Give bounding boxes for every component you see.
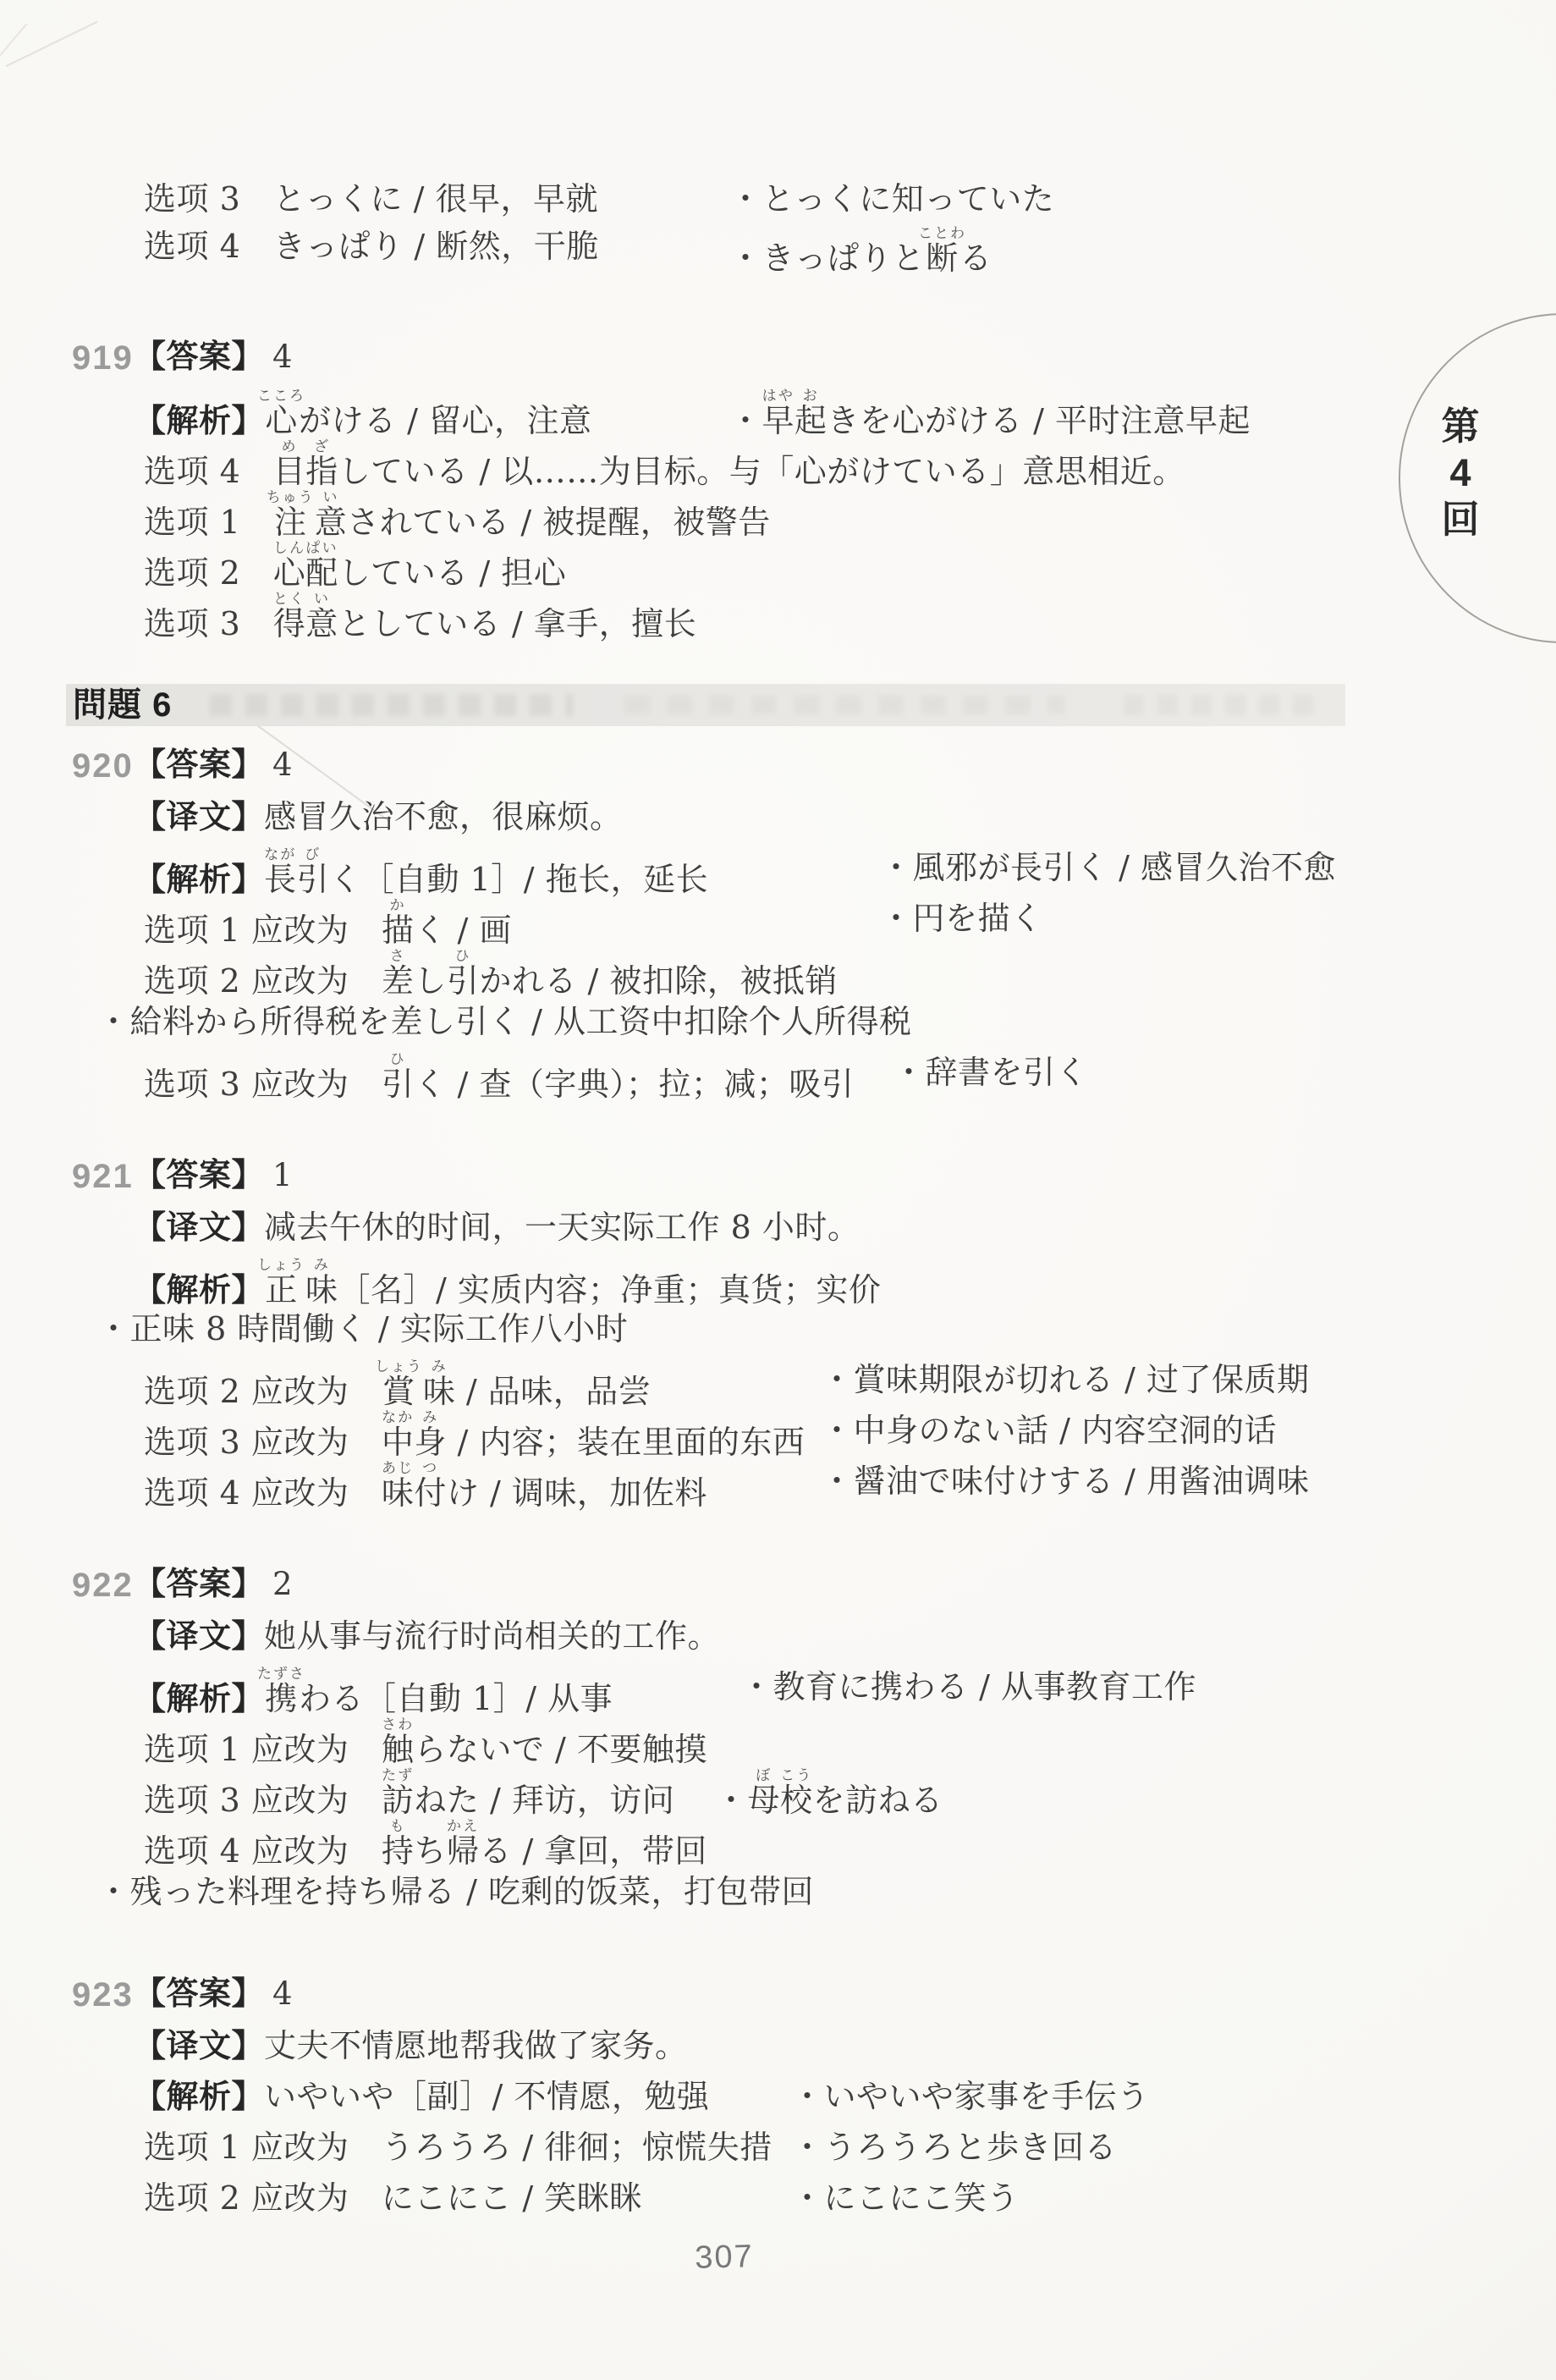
line-text: 选项 4 应改为 味あじ付つけ / 调味，加佐料 <box>144 1460 707 1502</box>
example-phrase: ・うろうろと歩き回る <box>791 2126 1117 2168</box>
line-text: 选项 2 应改为 にこにこ / 笑眯眯 <box>144 2177 642 2219</box>
answer-value: 4 <box>272 1975 293 2012</box>
line-text: ・正味 8 時間働く / 实际工作八小时 <box>97 1308 628 1350</box>
answer-label: 【答案】 <box>134 1974 264 2012</box>
text-line: 【译文】减去午休的时间，一天实际工作 8 小时。 <box>0 1206 1556 1248</box>
line-text: 【译文】减去午休的时间，一天实际工作 8 小时。 <box>134 1206 860 1248</box>
line-text: 选项 3 应改为 引ひく / 查（字典）；拉；减；吸引 <box>144 1051 854 1094</box>
line-text: 【译文】感冒久治不愈，很麻烦。 <box>134 796 623 838</box>
example-phrase: ・早はや起おきを心がける / 平时注意早起 <box>729 388 1251 430</box>
question-number: 922 <box>72 1564 134 1606</box>
volume-tab-char: 4 <box>1449 453 1471 493</box>
text-line: 【译文】她从事与流行时尚相关的工作。 <box>0 1615 1556 1657</box>
text-line: 【解析】心こころがける / 留心，注意・早はや起おきを心がける / 平时注意早起 <box>0 388 1556 430</box>
line-text: 选项 1 应改为 うろうろ / 徘徊；惊慌失措 <box>144 2126 773 2168</box>
text-line: 选项 2 应改为 差さし引ひかれる / 被扣除，被抵销 <box>0 948 1556 990</box>
section-header: 問題 6 <box>73 684 172 726</box>
line-label: 【解析】 <box>134 1679 264 1717</box>
line-text: ・残った料理を持ち帰る / 吃剩的饭菜，打包带回 <box>97 1870 814 1913</box>
text-line: 选项 3 应改为 引ひく / 查（字典）；拉；减；吸引・辞書を引く <box>0 1051 1556 1094</box>
line-text: 选项 3 应改为 中なか身み / 内容；装在里面的东西 <box>144 1409 805 1452</box>
example-phrase: ・辞書を引く <box>893 1051 1088 1094</box>
line-text: 选项 3 とっくに / 很早，早就 <box>144 178 598 220</box>
line-text: 选项 4 应改为 持もち帰かえる / 拿回，带回 <box>144 1818 707 1860</box>
answer-row: 920【答案】4 <box>0 743 1556 785</box>
text-line: 选项 4 きっぱり / 断然，干脆・きっぱりと断ことわる <box>0 225 1556 267</box>
line-text: 选项 2 应改为 差さし引ひかれる / 被扣除，被抵销 <box>144 948 838 990</box>
answer-label: 【答案】 <box>134 745 264 783</box>
line-label: 【解析】 <box>134 2077 264 2115</box>
line-text: 【译文】丈夫不情愿地帮我做了家务。 <box>134 2025 688 2067</box>
line-text: 选项 1 注ちゅう意いされている / 被提醒，被警告 <box>144 489 771 532</box>
answer-row: 923【答案】4 <box>0 1972 1556 2014</box>
line-text: 【解析】心こころがける / 留心，注意 <box>134 388 591 430</box>
example-phrase: ・いやいや家事を手伝う <box>791 2075 1150 2118</box>
text-line: 选项 3 とっくに / 很早，早就・とっくに知っていた <box>0 178 1556 220</box>
answer-row: 921【答案】1 <box>0 1154 1556 1196</box>
text-line: 选项 2 应改为 にこにこ / 笑眯眯・にこにこ笑う <box>0 2177 1556 2219</box>
line-label: 【译文】 <box>134 797 264 835</box>
line-label: 【解析】 <box>134 401 264 439</box>
text-line: 选项 1 应改为 触さわらないで / 不要触摸 <box>0 1716 1556 1759</box>
line-text: 【译文】她从事与流行时尚相关的工作。 <box>134 1615 720 1657</box>
line-text: 选项 3 应改为 訪たずねた / 拜访，访问 <box>144 1767 674 1810</box>
line-text: 【解析】いやいや［副］/ 不情愿，勉强 <box>134 2075 709 2118</box>
example-phrase: ・教育に携わる / 从事教育工作 <box>740 1666 1196 1708</box>
example-phrase: ・とっくに知っていた <box>729 178 1054 220</box>
volume-tab: 第 4 回 <box>1436 406 1485 540</box>
line-text: 选项 1 应改为 触さわらないで / 不要触摸 <box>144 1716 707 1759</box>
answer-row: 919【答案】4 <box>0 335 1556 377</box>
line-text: ・給料から所得税を差し引く / 从工资中扣除个人所得税 <box>97 1000 911 1043</box>
bleed-through-artifact <box>624 696 1064 714</box>
line-text: 选项 4 目め指ざしている / 以……为目标。与「心がけている」意思相近。 <box>144 438 1185 481</box>
answer-label: 【答案】 <box>134 1155 264 1193</box>
text-line: 【译文】丈夫不情愿地帮我做了家务。 <box>0 2025 1556 2067</box>
text-line: 选项 1 应改为 描かく / 画・円を描く <box>0 897 1556 939</box>
answer-value: 1 <box>272 1157 293 1193</box>
section-header-bar: 問題 6 <box>66 684 1345 726</box>
text-line: 选项 1 注ちゅう意いされている / 被提醒，被警告 <box>0 489 1556 532</box>
question-number: 919 <box>72 337 134 379</box>
text-line: 选项 4 应改为 味あじ付つけ / 调味，加佐料・醤油で味付けする / 用酱油调… <box>0 1460 1556 1502</box>
text-line: ・正味 8 時間働く / 实际工作八小时 <box>0 1308 1556 1350</box>
answer-label: 【答案】 <box>134 1564 264 1602</box>
line-text: 选项 3 得とく意いとしている / 拿手，擅长 <box>144 591 696 633</box>
volume-tab-char: 回 <box>1441 499 1479 540</box>
text-line: 【解析】携たずさわる［自動 1］/ 从事・教育に携わる / 从事教育工作 <box>0 1666 1556 1708</box>
bleed-through-artifact <box>1124 695 1327 715</box>
text-line: 选项 4 目め指ざしている / 以……为目标。与「心がけている」意思相近。 <box>0 438 1556 481</box>
text-line: 选项 2 心配しんぱいしている / 担心 <box>0 540 1556 582</box>
example-phrase: ・にこにこ笑う <box>791 2177 1020 2219</box>
text-line: 选项 3 应改为 中なか身み / 内容；装在里面的东西・中身のない話 / 内容空… <box>0 1409 1556 1452</box>
line-text: 【解析】長なが引びく［自動 1］/ 拖长，延长 <box>134 846 708 889</box>
example-phrase: ・円を描く <box>880 897 1043 939</box>
line-label: 【译文】 <box>134 1208 264 1246</box>
text-line: 选项 2 应改为 賞しょう味み / 品味，品尝・賞味期限が切れる / 过了保质期 <box>0 1358 1556 1401</box>
example-phrase: ・中身のない話 / 内容空洞的话 <box>821 1409 1277 1452</box>
scanned-book-page: 問題 6 选项 3 とっくに / 很早，早就・とっくに知っていた选项 4 きっぱ… <box>0 0 1556 2380</box>
bleed-through-artifact <box>210 694 574 716</box>
text-line: ・残った料理を持ち帰る / 吃剩的饭菜，打包带回 <box>0 1870 1556 1913</box>
answer-label: 【答案】 <box>134 337 264 375</box>
line-label: 【译文】 <box>134 2026 264 2064</box>
text-line: 选项 3 得とく意いとしている / 拿手，擅长 <box>0 591 1556 633</box>
volume-tab-char: 第 <box>1441 406 1479 447</box>
example-phrase: ・風邪が長引く / 感冒久治不愈 <box>880 846 1336 889</box>
line-text: 选项 4 きっぱり / 断然，干脆 <box>144 225 599 267</box>
text-line: ・給料から所得税を差し引く / 从工资中扣除个人所得税 <box>0 1000 1556 1043</box>
text-line: 【解析】正しょう味み［名］/ 实质内容；净重；真货；实价 <box>0 1257 1556 1299</box>
example-phrase: ・賞味期限が切れる / 过了保质期 <box>821 1358 1309 1401</box>
text-line: 【解析】いやいや［副］/ 不情愿，勉强・いやいや家事を手伝う <box>0 2075 1556 2118</box>
line-text: 【解析】携たずさわる［自動 1］/ 从事 <box>134 1666 613 1708</box>
text-line: 选项 4 应改为 持もち帰かえる / 拿回，带回 <box>0 1818 1556 1860</box>
line-text: 选项 2 应改为 賞しょう味み / 品味，品尝 <box>144 1358 651 1401</box>
example-phrase: ・きっぱりと断ことわる <box>729 225 992 267</box>
line-text: 选项 2 心配しんぱいしている / 担心 <box>144 540 566 582</box>
question-number: 921 <box>72 1155 134 1198</box>
line-text: 【解析】正しょう味み［名］/ 实质内容；净重；真货；实价 <box>134 1257 881 1299</box>
question-number: 923 <box>72 1974 134 2016</box>
text-line: 选项 1 应改为 うろうろ / 徘徊；惊慌失措・うろうろと歩き回る <box>0 2126 1556 2168</box>
answer-value: 4 <box>272 339 293 375</box>
line-text: 选项 1 应改为 描かく / 画 <box>144 897 512 939</box>
line-label: 【解析】 <box>134 1270 264 1308</box>
example-phrase: ・母ぼ校こうを訪ねる <box>715 1767 943 1810</box>
text-line: 【解析】長なが引びく［自動 1］/ 拖长，延长・風邪が長引く / 感冒久治不愈 <box>0 846 1556 889</box>
answer-row: 922【答案】2 <box>0 1562 1556 1605</box>
line-label: 【解析】 <box>134 860 264 898</box>
text-line: 【译文】感冒久治不愈，很麻烦。 <box>0 796 1556 838</box>
answer-value: 4 <box>272 747 293 783</box>
page-number: 307 <box>673 2238 775 2277</box>
question-number: 920 <box>72 745 134 787</box>
scratch-artifact <box>6 21 98 67</box>
text-line: 选项 3 应改为 訪たずねた / 拜访，访问・母ぼ校こうを訪ねる <box>0 1767 1556 1810</box>
line-label: 【译文】 <box>134 1617 264 1655</box>
example-phrase: ・醤油で味付けする / 用酱油调味 <box>821 1460 1309 1502</box>
answer-value: 2 <box>272 1566 293 1602</box>
